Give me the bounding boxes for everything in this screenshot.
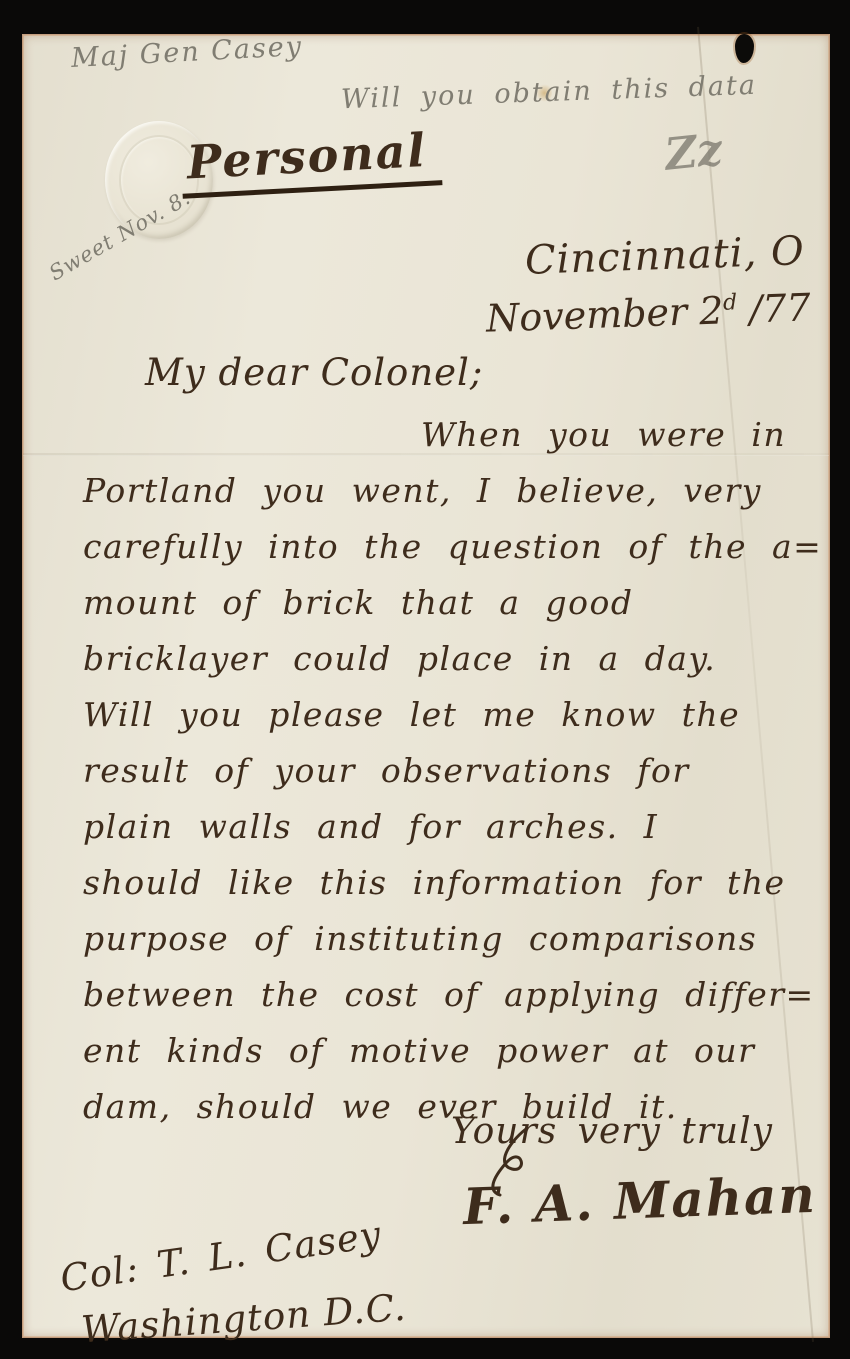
body-line: purpose of instituting comparisons (83, 911, 823, 967)
pencil-note-recipient: Maj Gen Casey (70, 31, 303, 74)
letter-body: When you were in Portland you went, I be… (83, 407, 823, 1135)
body-line: ent kinds of motive power at our (83, 1023, 823, 1079)
dateline-date: November 2d /77 (486, 285, 812, 340)
body-line: between the cost of applying differ= (83, 967, 823, 1023)
date-main: November 2 (486, 288, 725, 340)
letter-heading-personal: Personal (180, 122, 443, 199)
letter-paper: Maj Gen Casey Will you obtain this data … (22, 34, 830, 1338)
body-line: When you were in (83, 407, 823, 463)
salutation: My dear Colonel; (145, 351, 483, 394)
address-line-recipient: Col: T. L. Casey (58, 1213, 385, 1301)
address-line-city: Washington D.C. (80, 1286, 408, 1352)
body-line: Will you please let me know the (83, 687, 823, 743)
pencil-initials-scribble: Zz (662, 124, 724, 181)
date-year: /77 (737, 285, 812, 332)
dateline-place: Cincinnati, O (524, 228, 805, 284)
body-line: bricklayer could place in a day. (83, 631, 823, 687)
pencil-note-request: Will you obtain this data (341, 70, 758, 115)
signature: F. A. Mahan (462, 1165, 818, 1236)
body-line: Portland you went, I believe, very (83, 463, 823, 519)
body-line: plain walls and for arches. I (83, 799, 823, 855)
body-line: carefully into the question of the a= (83, 519, 823, 575)
punch-hole (735, 34, 754, 63)
body-line: mount of brick that a good (83, 575, 823, 631)
body-line: should like this information for the (83, 855, 823, 911)
body-line: result of your observations for (83, 743, 823, 799)
scanned-letter-page: Maj Gen Casey Will you obtain this data … (0, 0, 850, 1359)
